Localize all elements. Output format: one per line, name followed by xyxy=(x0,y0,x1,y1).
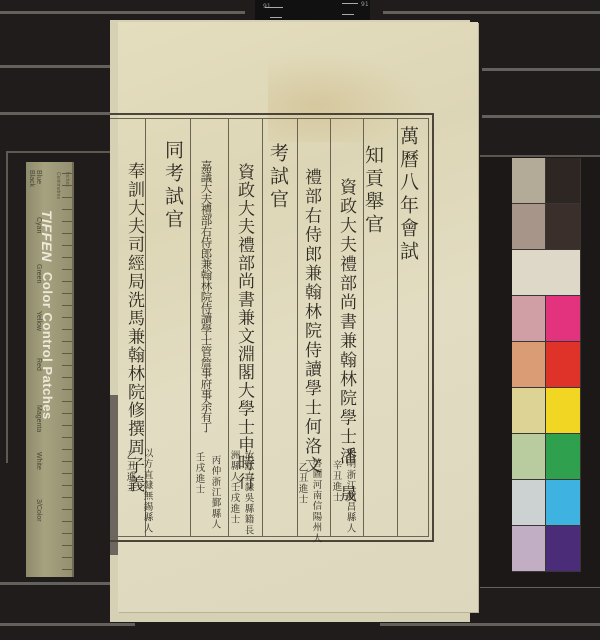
official-note: 乙丑進士 xyxy=(297,462,307,505)
color-patch xyxy=(546,204,581,250)
patch-label: 3/Color xyxy=(35,499,42,544)
patch-label: Black xyxy=(28,170,35,210)
tiffen-logo: TIFFEN xyxy=(39,210,55,262)
official-note: 啓圖河南信陽州人 xyxy=(311,458,321,544)
color-patch xyxy=(546,388,581,434)
background-stripe xyxy=(0,112,120,115)
background-stripe xyxy=(380,623,600,626)
tiffen-title: Color Control Patches xyxy=(40,272,55,420)
background-stripe xyxy=(0,582,110,585)
official-note: 思明浙江新昌縣人 xyxy=(345,448,355,534)
section-heading: 同考試官 xyxy=(163,140,182,232)
official-note: 丙仲浙江鄞縣人 xyxy=(210,455,220,530)
scale-label: Centimetres xyxy=(55,172,61,199)
background-stripe xyxy=(0,65,120,68)
official-note: 壬戌進士 xyxy=(194,452,204,495)
color-patch xyxy=(512,434,546,480)
official-note: 乙丑進士 xyxy=(125,450,135,493)
background-stripe xyxy=(482,115,600,118)
background-stripe xyxy=(383,11,600,14)
color-patches xyxy=(512,158,581,572)
document-title: 萬曆八年會試 xyxy=(398,126,417,264)
color-patch xyxy=(546,526,581,572)
color-patch xyxy=(512,158,546,204)
background-stripe xyxy=(0,623,135,626)
background-stripe xyxy=(482,68,600,71)
official-entry: 禮部右侍郎兼翰林院侍讀學士何洛文 xyxy=(302,168,319,475)
tiffen-color-control-strip: Blue Cyan Green Yellow Red Magenta White… xyxy=(26,162,74,577)
official-note: 以方直隸無錫縣人 xyxy=(142,448,152,534)
official-note: 洲縣人壬戌進士 xyxy=(229,450,239,525)
tiffen-brand-title: TIFFEN Color Control Patches xyxy=(39,210,55,420)
color-patch xyxy=(546,480,581,526)
color-patch xyxy=(546,158,581,204)
section-heading: 知貢舉官 xyxy=(363,145,382,237)
official-entry: 奉訓大夫司經局洗馬兼翰林院修撰周子義 xyxy=(125,162,142,493)
official-note: 汝默直隸吳縣籍長 xyxy=(243,450,253,536)
color-patch xyxy=(546,434,581,480)
color-patch xyxy=(512,250,581,296)
ruler-scale xyxy=(62,162,72,577)
color-patch xyxy=(512,526,546,572)
background-stripe xyxy=(0,11,245,14)
column-divider xyxy=(262,119,263,536)
official-note: 辛丑進士 xyxy=(331,460,341,503)
official-entry: 資政大夫禮部尚書兼文淵閣大學士申時行 xyxy=(235,163,252,491)
color-patch xyxy=(512,342,546,388)
official-entry: 嘉議大夫禮部右侍郎兼翰林院侍讀學士管詹事府事余有丁 xyxy=(200,160,212,433)
patch-label: White xyxy=(35,452,42,497)
color-patch xyxy=(512,388,546,434)
patch-label: Blue xyxy=(35,170,42,215)
ruler-number: 91 xyxy=(361,1,369,8)
color-patch xyxy=(546,342,581,388)
color-patch xyxy=(512,296,546,342)
color-patch xyxy=(512,480,546,526)
color-patch xyxy=(546,296,581,342)
column-divider xyxy=(190,119,191,536)
color-patch xyxy=(512,204,546,250)
section-heading: 考試官 xyxy=(268,143,287,212)
